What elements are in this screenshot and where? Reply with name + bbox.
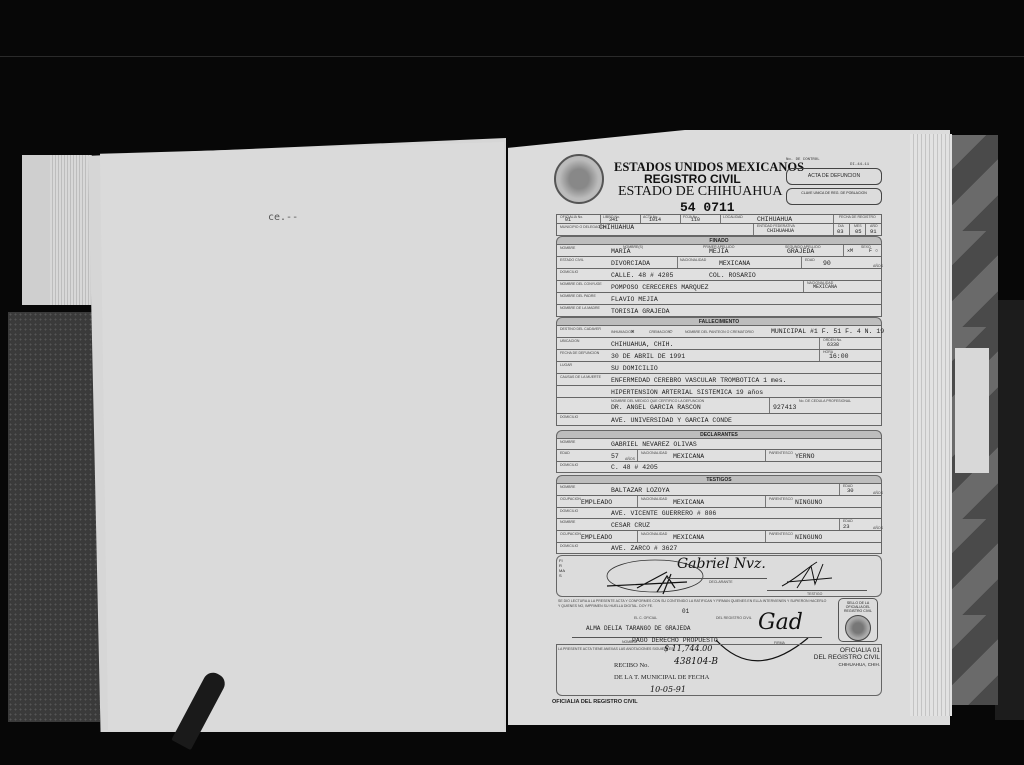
testigo-1-parentesco: NINGUNO — [795, 499, 822, 506]
testigo-2-nacionalidad: MEXICANA — [673, 534, 704, 541]
causa-2-row: HIPERTENSION ARTERIAL SISTEMICA 19 años — [556, 386, 882, 398]
oficial-signature: Gad — [758, 610, 803, 635]
pago-amount: $ 11,744.00 — [664, 644, 712, 653]
left-page-surface — [100, 142, 504, 730]
background-right — [995, 300, 1024, 720]
municipality-row: MUNICIPIO O DELEGACION CHIHUAHUA ENTIDAD… — [556, 224, 882, 236]
oficialia-value: 01 — [565, 217, 571, 223]
section-finado: FINADO — [556, 236, 882, 245]
oficialia-stamp-text: OFICIALIA 01 DEL REGISTRO CIVIL CHIHUAHU… — [798, 647, 880, 668]
registro-ano: 91 — [870, 228, 877, 235]
curp-box: CLAVE UNICA DE REG. DE POBLACION — [786, 188, 882, 205]
finado-name-row: NOMBRE NOMBRE(S) MARIA PRIMER APELLIDO M… — [556, 245, 882, 257]
panteon-value: MUNICIPAL #1 F. 51 F. 4 N. 19 — [771, 328, 884, 335]
control-code: DI-44-11 — [850, 163, 869, 167]
finado-nacionalidad: MEXICANA — [719, 260, 750, 267]
page-stack-right — [910, 134, 952, 716]
firmas-label: FIRMAS — [559, 558, 565, 578]
section-fallecimiento: FALLECIMIENTO — [556, 317, 882, 326]
recibo-number: 438104-B — [674, 657, 718, 667]
oficial-name: ALMA DELIA TARANGO DE GRAJEDA — [586, 625, 690, 632]
background-edge — [0, 56, 1024, 57]
legal-text: SE DIO LECTURA A LA PRESENTE ACTA Y CONF… — [558, 599, 828, 608]
medico-domicilio: AVE. UNIVERSIDAD Y GARCIA CONDE — [611, 417, 732, 424]
testigo-2-info-row: OCUPACION EMPLEADO NACIONALIDAD MEXICANA… — [556, 531, 882, 543]
cedula-value: 927413 — [773, 404, 796, 411]
medico-domicilio-row: DOMICILIO AVE. UNIVERSIDAD Y GARCIA COND… — [556, 414, 882, 426]
madre-row: NOMBRE DE LA MADRE TORISIA GRAJEDA — [556, 305, 882, 317]
finado-civil-row: ESTADO CIVIL DIVORCIADA NACIONALIDAD MEX… — [556, 257, 882, 269]
testigo-2-domicilio-row: DOMICILIO AVE. ZARCO # 3627 — [556, 543, 882, 554]
control-label: No. DE CONTROL — [786, 158, 820, 162]
acta-value: 1014 — [649, 217, 661, 223]
testigo-2-domicilio: AVE. ZARCO # 3627 — [611, 545, 677, 552]
registro-mes: 05 — [855, 228, 862, 235]
lugar-value: SU DOMICILIO — [611, 365, 658, 372]
declarante-name-row: NOMBRE GABRIEL NEVAREZ OLIVAS — [556, 439, 882, 450]
declarante-parentesco: YERNO — [795, 453, 815, 460]
testigo-1-nombre: BALTAZAR LOZOYA — [611, 487, 670, 494]
cremacion-checkbox: ○ — [669, 328, 673, 335]
ubicacion-row: UBICACION CHIHUAHUA, CHIH. ORDEN No. 633… — [556, 338, 882, 350]
declarante-domicilio-row: DOMICILIO C. 48 # 4205 — [556, 462, 882, 473]
testigo-1-domicilio: AVE. VICENTE GUERRERO # 806 — [611, 510, 716, 517]
finado-segundo-apellido: GRAJEDA — [787, 248, 814, 255]
testigo-1-info-row: OCUPACION EMPLEADO NACIONALIDAD MEXICANA… — [556, 496, 882, 508]
conyuge-row: NOMBRE DEL CONYUGE POMPOSO CERECERES MAR… — [556, 281, 882, 293]
libro-value: 341 — [609, 217, 618, 223]
testigo-1-edad: 30 — [847, 487, 854, 494]
testigo-1-ocupacion: EMPLEADO — [581, 499, 612, 506]
sexo-f-checkbox: F ○ — [869, 248, 878, 254]
registry-info-row: OFICIALIA No. 01 LIBRO No. 341 ACTA No. … — [556, 214, 882, 224]
orden-value: 6338 — [827, 342, 839, 348]
book-spine-tab-right — [955, 348, 989, 473]
section-declarantes: DECLARANTES — [556, 430, 882, 439]
declarante-edad: 57 — [611, 453, 619, 460]
destino-row: DESTINO DEL CADAVER INHUMACION ✕ CREMACI… — [556, 326, 882, 338]
testigo-2-name-row: NOMBRE CESAR CRUZ EDAD 23 AÑOS — [556, 519, 882, 531]
causa-1-row: CAUSAS DE LA MUERTE ENFERMEDAD CEREBRO V… — [556, 374, 882, 386]
fecha-defuncion-row: FECHA DE DEFUNCION 30 DE ABRIL DE 1991 H… — [556, 350, 882, 362]
madre-nombre: TORISIA GRAJEDA — [611, 308, 670, 315]
signatures-area: FIRMAS Gabriel Nvz. DECLARANTE TESTIGO — [556, 555, 882, 597]
testigo-1-domicilio-row: DOMICILIO AVE. VICENTE GUERRERO # 806 — [556, 508, 882, 519]
hora-defuncion: 16:00 — [829, 353, 849, 360]
testigo-1-nacionalidad: MEXICANA — [673, 499, 704, 506]
causa-2: HIPERTENSION ARTERIAL SISTEMICA 19 años — [611, 389, 763, 396]
testigo-2-parentesco: NINGUNO — [795, 534, 822, 541]
document-type-box: ACTA DE DEFUNCION — [786, 168, 882, 185]
estado-civil: DIVORCIADA — [611, 260, 650, 267]
entidad-value: CHIHUAHUA — [767, 228, 794, 234]
conyuge-nacionalidad: MEXICANA — [813, 284, 837, 290]
page-stack-left — [50, 155, 90, 305]
finado-edad: 90 — [823, 260, 831, 267]
finado-domicilio-row: DOMICILIO CALLE. 48 # 4205 COL. ROSARIO — [556, 269, 882, 281]
testigo-1-name-row: NOMBRE BALTAZAR LOZOYA EDAD 30 AÑOS — [556, 484, 882, 496]
lugar-row: LUGAR SU DOMICILIO — [556, 362, 882, 374]
finado-nombre: MARIA — [611, 248, 631, 255]
sexo-m-checkbox: ✕M — [847, 248, 853, 254]
causa-1: ENFERMEDAD CEREBRO VASCULAR TROMBOTICA 1… — [611, 377, 787, 384]
registro-dia: 03 — [837, 228, 844, 235]
conyuge-nombre: POMPOSO CERECERES MARQUEZ — [611, 284, 709, 291]
oficial-number: 01 — [682, 608, 689, 615]
finado-primer-apellido: MEJIA — [709, 248, 729, 255]
state-title: ESTADO DE CHIHUAHUA — [618, 184, 783, 200]
mexico-coat-of-arms-seal-icon — [554, 154, 604, 204]
section-testigos: TESTIGOS — [556, 475, 882, 484]
finado-domicilio: CALLE. 48 # 4205 — [611, 272, 673, 279]
inhumacion-checkbox: ✕ — [631, 328, 635, 335]
finado-colonia: COL. ROSARIO — [709, 272, 756, 279]
fecha-defuncion: 30 DE ABRIL DE 1991 — [611, 353, 685, 360]
tesoreria-label: DE LA T. MUNICIPAL DE FECHA — [614, 674, 709, 681]
death-certificate-form: ESTADOS UNIDOS MEXICANOS REGISTRO CIVIL … — [552, 150, 884, 705]
recibo-label: RECIBO No. — [614, 662, 649, 669]
footer-text: OFICIALIA DEL REGISTRO CIVIL — [552, 699, 638, 705]
testigo-2-nombre: CESAR CRUZ — [611, 522, 650, 529]
declarante-nacionalidad: MEXICANA — [673, 453, 704, 460]
testigo-signature — [777, 558, 837, 594]
pago-fecha: 10-05-91 — [650, 685, 686, 694]
left-page-mark: ce.-- — [268, 212, 298, 223]
folio-number: 54 0711 — [680, 200, 735, 215]
oficialia-seal: SELLO DE LA OFICIALIA DEL REGISTRO CIVIL — [838, 598, 878, 642]
medico-row: NOMBRE DEL MEDICO QUE CERTIFICO LA DEFUN… — [556, 398, 882, 414]
testigo-2-edad: 23 — [843, 523, 850, 530]
fingerprint-scribble-icon — [597, 558, 727, 596]
foja-value: 110 — [691, 217, 700, 223]
padre-row: NOMBRE DEL PADRE FLAVIO MEJIA — [556, 293, 882, 305]
pago-title: PAGO DERECHO PROPUESTO — [632, 637, 718, 644]
municipio-value: CHIHUAHUA — [599, 224, 634, 231]
testigo-2-ocupacion: EMPLEADO — [581, 534, 612, 541]
localidad-value: CHIHUAHUA — [757, 216, 792, 223]
padre-nombre: FLAVIO MEJIA — [611, 296, 658, 303]
seal-emblem-icon — [845, 615, 871, 641]
ubicacion-value: CHIHUAHUA, CHIH. — [611, 341, 673, 348]
book-cover-left — [8, 312, 100, 722]
medico-nombre: DR. ANGEL GARCIA RASCON — [611, 404, 701, 411]
declarante-info-row: EDAD 57 AÑOS NACIONALIDAD MEXICANA PAREN… — [556, 450, 882, 462]
declarante-domicilio: C. 48 # 4205 — [611, 464, 658, 471]
declarante-nombre: GABRIEL NEVAREZ OLIVAS — [611, 441, 697, 448]
